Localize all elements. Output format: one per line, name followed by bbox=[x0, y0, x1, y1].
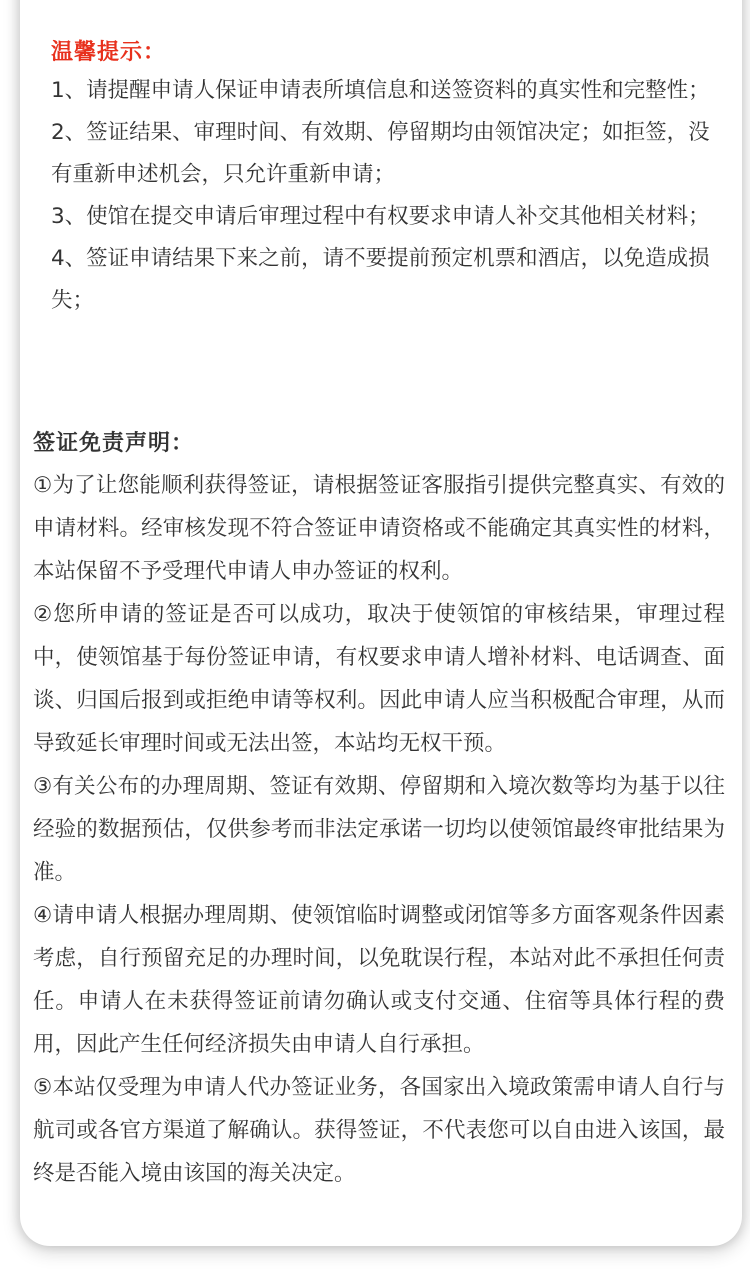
tips-section: 温馨提示： 1、请提醒申请人保证申请表所填信息和送签资料的真实性和完整性； 2、… bbox=[51, 36, 731, 322]
disclaimer-section: 签证免责声明： ①为了让您能顺利获得签证，请根据签证客服指引提供完整真实、有效的… bbox=[33, 426, 725, 1195]
tips-title: 温馨提示： bbox=[51, 36, 731, 70]
disclaimer-paragraph: ⑤本站仅受理为申请人代办签证业务，各国家出入境政策需申请人自行与航司或各官方渠道… bbox=[33, 1066, 725, 1195]
disclaimer-paragraph: ①为了让您能顺利获得签证，请根据签证客服指引提供完整真实、有效的申请材料。经审核… bbox=[33, 464, 725, 593]
disclaimer-paragraph: ③有关公布的办理周期、签证有效期、停留期和入境次数等均为基于以往经验的数据预估，… bbox=[33, 765, 725, 894]
disclaimer-paragraph: ②您所申请的签证是否可以成功，取决于使领馆的审核结果，审理过程中，使领馆基于每份… bbox=[33, 593, 725, 765]
disclaimer-paragraph: ④请申请人根据办理周期、使领馆临时调整或闭馆等多方面客观条件因素考虑，自行预留充… bbox=[33, 894, 725, 1066]
tip-item: 4、签证申请结果下来之前，请不要提前预定机票和酒店，以免造成损失； bbox=[51, 238, 731, 322]
disclaimer-title: 签证免责声明： bbox=[33, 426, 725, 462]
tip-item: 3、使馆在提交申请后审理过程中有权要求申请人补交其他相关材料； bbox=[51, 196, 731, 238]
tip-item: 2、签证结果、审理时间、有效期、停留期均由领馆决定；如拒签，没有重新申述机会，只… bbox=[51, 112, 731, 196]
tip-item: 1、请提醒申请人保证申请表所填信息和送签资料的真实性和完整性； bbox=[51, 70, 731, 112]
